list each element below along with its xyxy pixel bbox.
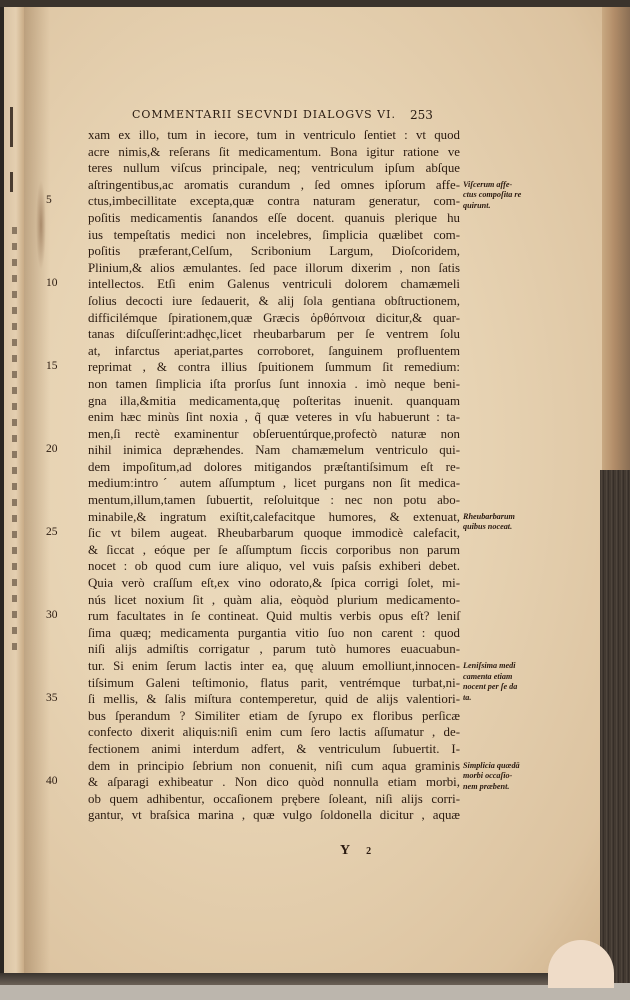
page-stain: [36, 180, 46, 270]
marginal-note-line: Simplicia quædā: [463, 761, 543, 772]
signature-number: 2: [366, 846, 371, 857]
marginal-note-line: Viſcerum affe-: [463, 180, 543, 191]
marginal-note: Simplicia quædāmorbi occaſio-nem præbent…: [463, 761, 543, 793]
line-number: 25: [46, 526, 58, 538]
text-line: xam ex illo, tum in iecore, tum in ventr…: [88, 127, 460, 144]
line-number: 20: [46, 443, 58, 455]
text-line: intellectos. Etſi enim Galenus ventricul…: [88, 276, 460, 293]
text-line: men,ſi rectè examinentur obſeruentúrque,…: [88, 426, 460, 443]
marginal-note-line: quirunt.: [463, 201, 543, 212]
text-line: rum facultates in ſe contineat. Quid mul…: [88, 608, 460, 625]
marginal-note-line: camenta etiam: [463, 672, 543, 683]
body-text: xam ex illo, tum in iecore, tum in ventr…: [88, 127, 460, 824]
bracket-mark: [10, 107, 13, 147]
text-line: ſic vt bilem augeat. Rheubarbarum quoque…: [88, 525, 460, 542]
text-line: bus ſperandum ? Similiter etiam de ſyrup…: [88, 708, 460, 725]
text-line: Quia verò craſſum eſt,ex vino odorato,& …: [88, 575, 460, 592]
running-head-title: COMMENTARII SECVNDI DIALOGVS VI.: [132, 108, 396, 121]
previous-page-edge: [4, 7, 24, 983]
marginal-note: Rheubarbarumquibus noceat.: [463, 512, 543, 533]
marginal-note-line: Leniſsima medi: [463, 661, 543, 672]
text-line: mentum,illum,tamen ſubuertit, reſoluitqu…: [88, 492, 460, 509]
marginal-note-line: quibus noceat.: [463, 522, 543, 533]
text-line: ius tempeſtatis medici non incelebres, ſ…: [88, 227, 460, 244]
marginal-note-line: morbi occaſio-: [463, 771, 543, 782]
text-line: difficilémque ſpirationem,quæ Græcis ὀρθ…: [88, 310, 460, 327]
previous-page-marks: [12, 227, 20, 659]
line-number: 40: [46, 775, 58, 787]
signature-letter: Y: [340, 843, 350, 858]
text-line: reprimat , & contra illius ſpuitionem ſu…: [88, 359, 460, 376]
text-line: poſitis præferant,Celſum, Scribonium Lar…: [88, 243, 460, 260]
marginal-note-line: nocent per ſe da: [463, 682, 543, 693]
text-line: aſtringentibus,ac aromatis curandum , ſe…: [88, 177, 460, 194]
text-line: ſolius decocti iure ſedauerit, & alij ſo…: [88, 293, 460, 310]
marginal-note: Leniſsima medicamenta etiamnocent per ſe…: [463, 661, 543, 703]
text-line: enim hæc minùs ſint noxia , q̃ quæ veter…: [88, 409, 460, 426]
text-line: ctus,imbecillitate excepta,quæ contra na…: [88, 193, 460, 210]
text-line: niſi alijs admiſtis corrigatur , parum t…: [88, 641, 460, 658]
text-line: Plinium,& alios æmulantes. ſed pace illo…: [88, 260, 460, 277]
text-line: gna illa,&mitia medicamenta,quę poſterit…: [88, 393, 460, 410]
signature-mark: Y2: [340, 843, 371, 859]
scan-bottom-edge: [0, 983, 630, 1000]
line-number: 35: [46, 692, 58, 704]
text-line: & ſiccat , eóque per ſe aſſumptum ſiccis…: [88, 542, 460, 559]
line-number: 10: [46, 277, 58, 289]
text-line: ſima quæq; medicamenta purgantia vitio ſ…: [88, 625, 460, 642]
text-line: teres nullum viſcus principale, neq; ven…: [88, 160, 460, 177]
text-line: dem impoſitum,ad dolores mitigandos præſ…: [88, 459, 460, 476]
text-line: tiſsimum Galeni teſtimonio, flatus parit…: [88, 675, 460, 692]
text-line: non tamen ſimplicia iſta prorſus ſunt in…: [88, 376, 460, 393]
text-line: nocet : ob quod cum iure aliquo, vel vui…: [88, 558, 460, 575]
marginal-note-line: ta.: [463, 693, 543, 704]
text-line: minabile,& ingratum exiſtit,calefacitque…: [88, 509, 460, 526]
text-line: gantur, vt braſsica marina , quæ vulgo ſ…: [88, 807, 460, 824]
bracket-mark: [10, 172, 13, 192]
text-line: confecto dixerit aliquis:niſi enim cum ſ…: [88, 724, 460, 741]
marginal-note: Viſcerum affe-ctus compoſita requirunt.: [463, 180, 543, 212]
text-line: acre nimis,& reſerans ſit medicamentum. …: [88, 144, 460, 161]
text-line: fectionem animi interdum adfert, & ventr…: [88, 741, 460, 758]
page-number: 253: [410, 108, 433, 122]
text-line: & aſparagi exhibeatur . Non dico quòd no…: [88, 774, 460, 791]
text-line: tur. Si enim ſerum lactis inter ea, quę …: [88, 658, 460, 675]
marginal-note-line: Rheubarbarum: [463, 512, 543, 523]
text-line: nús licet noxium ſit , quàm alia, eòquòd…: [88, 592, 460, 609]
page-edge-dark: [600, 470, 630, 983]
marginal-note-line: ctus compoſita re: [463, 190, 543, 201]
gutter-shadow: [24, 7, 50, 983]
line-number: 15: [46, 360, 58, 372]
text-line: medium:introˊ autem aſſumptum , licet pu…: [88, 475, 460, 492]
text-line: tanas diſcuſſerint:adhęc,licet rheubarba…: [88, 326, 460, 343]
text-line: ſi mellis, & ſalis miſtura contemperetur…: [88, 691, 460, 708]
marginal-note-line: nem præbent.: [463, 782, 543, 793]
line-number: 30: [46, 609, 58, 621]
text-line: poſitis medicamentis ſanandos eſſe docen…: [88, 210, 460, 227]
running-head: COMMENTARII SECVNDI DIALOGVS VI. 253: [132, 108, 462, 124]
text-line: ob quem adhibentur, occaſionem prębere ſ…: [88, 791, 460, 808]
scan-top-edge: [0, 0, 630, 7]
text-line: nihil inimica depræhendes. Nam chamæmelu…: [88, 442, 460, 459]
text-line: dem in principio ſebrium non conuenit, n…: [88, 758, 460, 775]
line-number: 5: [46, 194, 52, 206]
text-line: at, infarctus aperiat,partes corroboret,…: [88, 343, 460, 360]
